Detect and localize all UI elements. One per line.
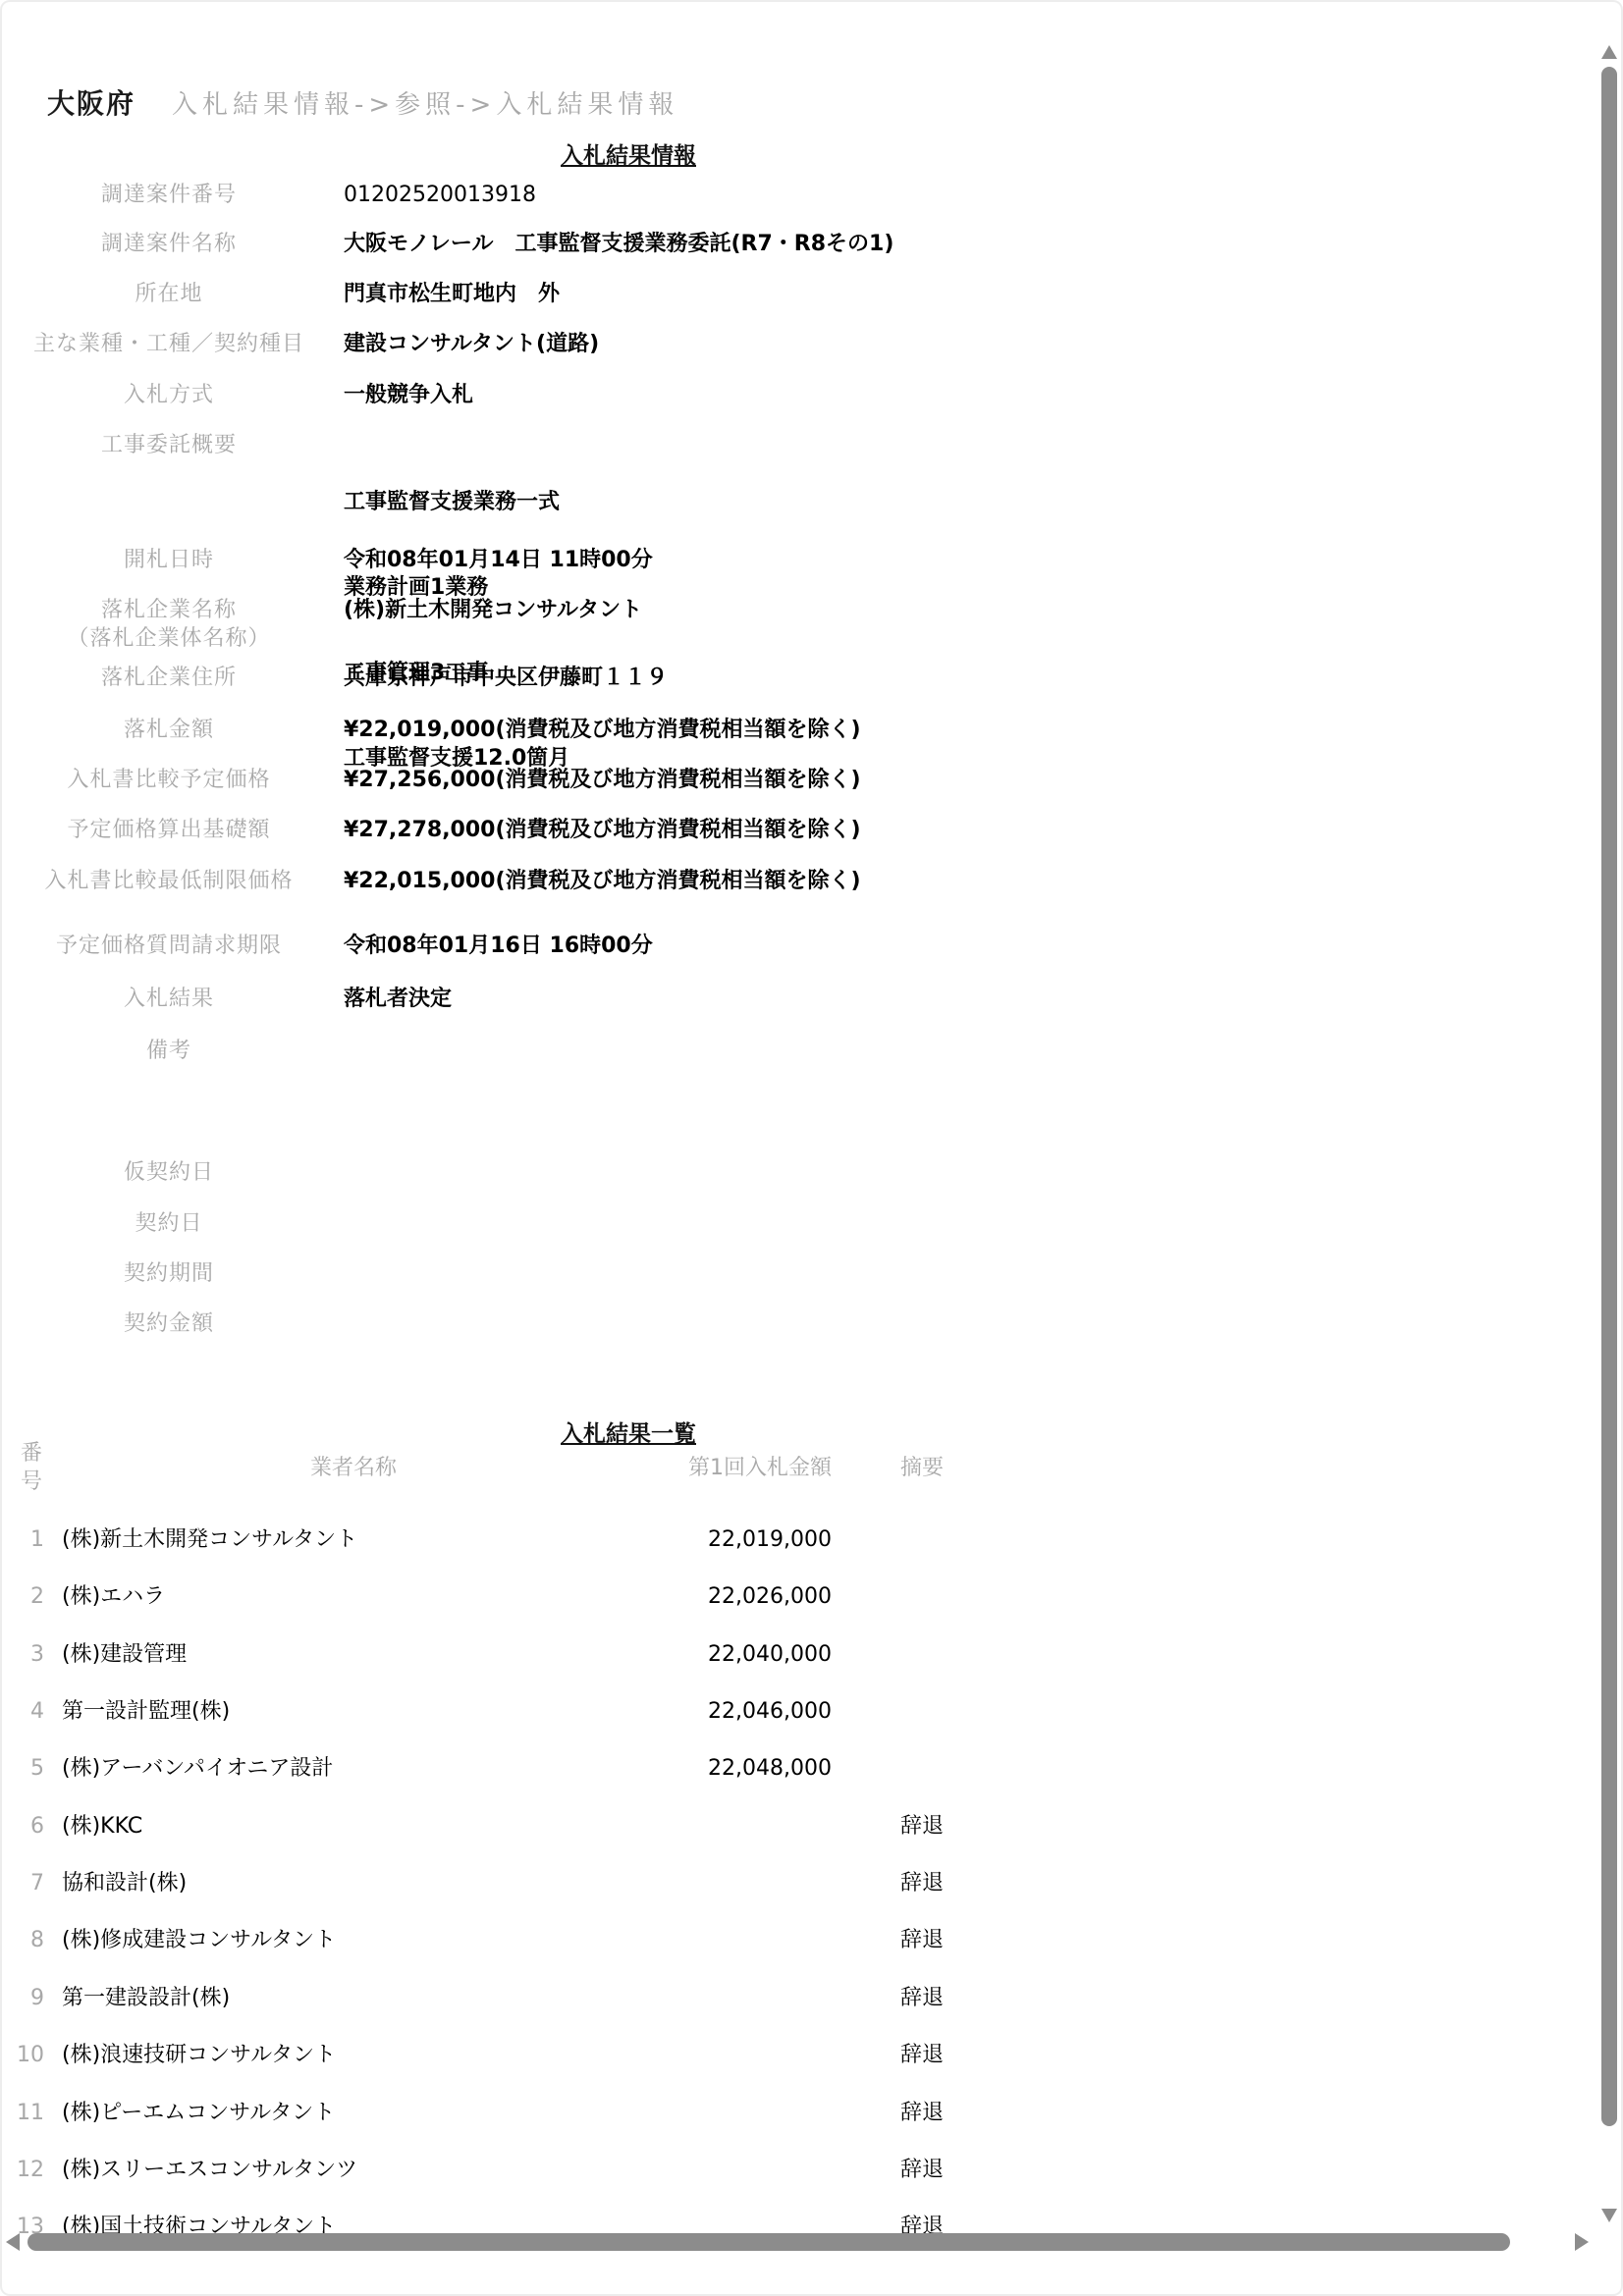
field-value: 令和08年01月16日 16時00分	[338, 932, 653, 960]
field-value: 01202520013918	[338, 181, 536, 209]
field-row-remarks: 備考	[0, 1037, 1571, 1065]
field-label: 落札企業名称 （落札企業体名称）	[0, 596, 338, 653]
row-number: 2	[0, 1582, 44, 1612]
field-value: 一般競争入札	[338, 381, 473, 409]
bidder-name: (株)ピーエムコンサルタント	[62, 2099, 645, 2128]
field-label: 予定価格質問請求期限	[0, 932, 338, 960]
bidder-name: (株)スリーエスコンサルタンツ	[62, 2156, 645, 2185]
field-row-winner-name: 落札企業名称 （落札企業体名称） (株)新土木開発コンサルタント	[0, 596, 1571, 653]
field-value: ¥27,256,000(消費税及び地方消費税相当額を除く)	[338, 766, 861, 794]
row-number: 5	[0, 1754, 44, 1784]
field-label: 主な業種・工種／契約種目	[0, 330, 338, 358]
field-row-result: 入札結果 落札者決定	[0, 985, 1571, 1013]
breadcrumb: 入札結果情報->参照->入札結果情報	[172, 84, 678, 121]
row-number: 12	[0, 2156, 44, 2185]
table-row: 8 (株)修成建設コンサルタント 辞退	[0, 1926, 1038, 1955]
field-row-location: 所在地 門真市松生町地内 外	[0, 280, 1571, 308]
field-row-minimum-price: 入札書比較最低制限価格 ¥22,015,000(消費税及び地方消費税相当額を除く…	[0, 867, 1571, 895]
field-label: 契約日	[0, 1209, 338, 1238]
scroll-up-icon[interactable]	[1601, 45, 1617, 59]
scroll-right-icon[interactable]	[1575, 2233, 1589, 2251]
field-row-bid-method: 入札方式 一般競争入札	[0, 381, 1571, 409]
bidder-name: 第一建設設計(株)	[62, 1984, 645, 2013]
row-number: 9	[0, 1984, 44, 2013]
scroll-down-icon[interactable]	[1601, 2209, 1617, 2222]
table-row: 9 第一建設設計(株) 辞退	[0, 1984, 1038, 2013]
bidder-name: 第一設計監理(株)	[62, 1697, 645, 1727]
column-header-amount: 第1回入札金額	[645, 1439, 832, 1483]
row-number: 7	[0, 1869, 44, 1898]
field-row-contract-period: 契約期間	[0, 1259, 1571, 1288]
field-value: ¥22,015,000(消費税及び地方消費税相当額を除く)	[338, 867, 861, 895]
table-row: 6 (株)KKC 辞退	[0, 1812, 1038, 1842]
field-row-opening-datetime: 開札日時 令和08年01月14日 11時00分	[0, 546, 1571, 574]
scroll-left-icon[interactable]	[6, 2233, 20, 2251]
column-header-no: 番号	[0, 1439, 44, 1497]
row-number: 11	[0, 2099, 44, 2128]
bidder-name: 協和設計(株)	[62, 1869, 645, 1898]
field-value: 門真市松生町地内 外	[338, 280, 560, 308]
field-label: 開札日時	[0, 546, 338, 574]
bid-amount: 22,040,000	[645, 1640, 832, 1670]
vertical-scrollbar-thumb[interactable]	[1601, 67, 1617, 2126]
field-label: 入札書比較最低制限価格	[0, 867, 338, 895]
field-value: 落札者決定	[338, 985, 452, 1013]
bid-note: 辞退	[900, 1926, 1038, 1955]
bid-note: 辞退	[900, 1812, 1038, 1842]
table-row: 5 (株)アーバンパイオニア設計 22,048,000	[0, 1754, 1038, 1784]
bidder-name: (株)修成建設コンサルタント	[62, 1926, 645, 1955]
table-row: 2 (株)エハラ 22,026,000	[0, 1582, 1038, 1612]
column-header-note: 摘要	[900, 1439, 1038, 1483]
bidder-name: (株)エハラ	[62, 1582, 645, 1612]
row-number: 3	[0, 1640, 44, 1670]
horizontal-scrollbar-thumb[interactable]	[27, 2233, 1510, 2251]
site-name: 大阪府	[47, 82, 135, 122]
field-label: 落札金額	[0, 716, 338, 744]
row-number: 1	[0, 1525, 44, 1555]
bidder-name: (株)建設管理	[62, 1640, 645, 1670]
bid-result-page: 大阪府 入札結果情報->参照->入札結果情報 入札結果情報 調達案件番号 012…	[0, 0, 1623, 2296]
table-row: 12 (株)スリーエスコンサルタンツ 辞退	[0, 2156, 1038, 2185]
field-label-line: 落札企業名称	[0, 596, 338, 624]
field-value: ¥22,019,000(消費税及び地方消費税相当額を除く)	[338, 716, 861, 744]
bid-note: 辞退	[900, 1869, 1038, 1898]
bid-amount: 22,048,000	[645, 1754, 832, 1784]
bid-note: 辞退	[900, 2099, 1038, 2128]
field-label: 契約期間	[0, 1259, 338, 1288]
table-row: 3 (株)建設管理 22,040,000	[0, 1640, 1038, 1670]
field-label: 調達案件番号	[0, 181, 338, 209]
results-table-header: 番号 業者名称 第1回入札金額 摘要	[0, 1439, 1038, 1497]
row-number: 6	[0, 1812, 44, 1842]
field-row-planned-price: 入札書比較予定価格 ¥27,256,000(消費税及び地方消費税相当額を除く)	[0, 766, 1571, 794]
row-number: 10	[0, 2041, 44, 2070]
field-value: ¥27,278,000(消費税及び地方消費税相当額を除く)	[338, 816, 861, 844]
bidder-name: (株)浪速技研コンサルタント	[62, 2041, 645, 2070]
bid-note: 辞退	[900, 2041, 1038, 2070]
field-row-base-price: 予定価格算出基礎額 ¥27,278,000(消費税及び地方消費税相当額を除く)	[0, 816, 1571, 844]
field-label: 契約金額	[0, 1309, 338, 1338]
row-number: 4	[0, 1697, 44, 1727]
column-header-name: 業者名称	[62, 1439, 645, 1483]
row-number: 8	[0, 1926, 44, 1955]
table-row: 11 (株)ピーエムコンサルタント 辞退	[0, 2099, 1038, 2128]
field-row-category: 主な業種・工種／契約種目 建設コンサルタント(道路)	[0, 330, 1571, 358]
field-value: 大阪モノレール 工事監督支援業務委託(R7・R8その1)	[338, 230, 893, 258]
field-label: 予定価格算出基礎額	[0, 816, 338, 844]
field-value: 建設コンサルタント(道路)	[338, 330, 599, 358]
field-label: 備考	[0, 1037, 338, 1065]
field-label: 所在地	[0, 280, 338, 308]
field-value: 令和08年01月14日 11時00分	[338, 546, 653, 574]
field-label: 工事委託概要	[0, 431, 338, 459]
bidder-name: (株)新土木開発コンサルタント	[62, 1525, 645, 1555]
bid-amount: 22,019,000	[645, 1525, 832, 1555]
bid-amount: 22,046,000	[645, 1697, 832, 1727]
bid-note: 辞退	[900, 1984, 1038, 2013]
table-row: 4 第一設計監理(株) 22,046,000	[0, 1697, 1038, 1727]
detail-section-title: 入札結果情報	[0, 137, 1257, 170]
field-label: 入札方式	[0, 381, 338, 409]
field-label: 落札企業住所	[0, 664, 338, 692]
summary-line: 工事監督支援業務一式	[344, 488, 569, 516]
bid-amount: 22,026,000	[645, 1582, 832, 1612]
field-label-line: （落札企業体名称）	[0, 624, 338, 653]
field-row-contract-date: 契約日	[0, 1209, 1571, 1238]
field-row-procurement-no: 調達案件番号 01202520013918	[0, 181, 1571, 209]
field-row-procurement-name: 調達案件名称 大阪モノレール 工事監督支援業務委託(R7・R8その1)	[0, 230, 1571, 258]
field-row-question-deadline: 予定価格質問請求期限 令和08年01月16日 16時00分	[0, 932, 1571, 960]
field-label: 調達案件名称	[0, 230, 338, 258]
field-row-tentative-contract-date: 仮契約日	[0, 1158, 1571, 1187]
field-label: 入札結果	[0, 985, 338, 1013]
field-value: (株)新土木開発コンサルタント	[338, 596, 642, 624]
bidder-name: (株)KKC	[62, 1812, 645, 1842]
table-row: 1 (株)新土木開発コンサルタント 22,019,000	[0, 1525, 1038, 1555]
field-row-winner-address: 落札企業住所 兵庫県神戸市中央区伊藤町１１９	[0, 664, 1571, 692]
bid-note: 辞退	[900, 2156, 1038, 2185]
bidder-name: (株)アーバンパイオニア設計	[62, 1754, 645, 1784]
field-label: 仮契約日	[0, 1158, 338, 1187]
field-value: 兵庫県神戸市中央区伊藤町１１９	[338, 664, 668, 692]
table-row: 10 (株)浪速技研コンサルタント 辞退	[0, 2041, 1038, 2070]
field-row-winning-amount: 落札金額 ¥22,019,000(消費税及び地方消費税相当額を除く)	[0, 716, 1571, 744]
field-row-contract-amount: 契約金額	[0, 1309, 1571, 1338]
table-row: 7 協和設計(株) 辞退	[0, 1869, 1038, 1898]
field-label: 入札書比較予定価格	[0, 766, 338, 794]
